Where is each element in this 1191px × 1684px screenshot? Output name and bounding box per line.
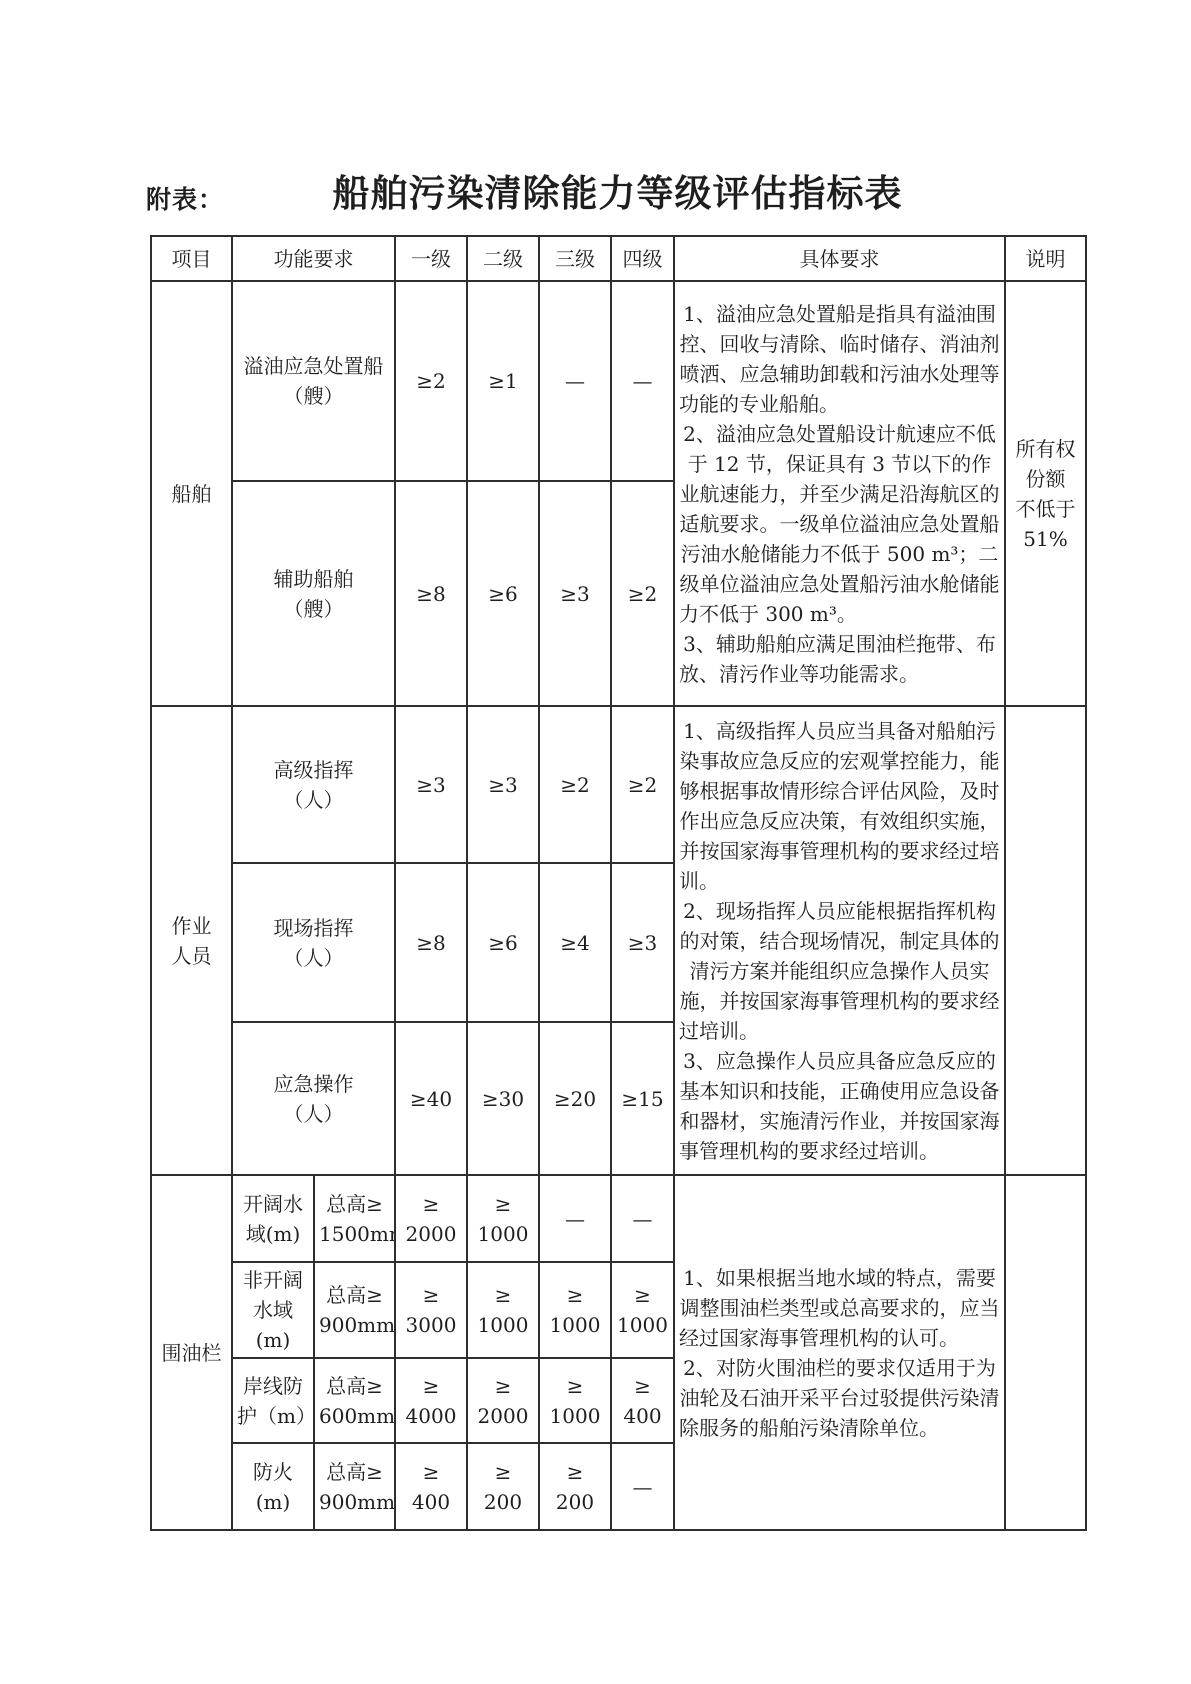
header-level3: 三级 xyxy=(539,236,611,281)
level-value-cell: ≥ 1000 xyxy=(539,1262,611,1358)
level-value-cell: ≥ 1000 xyxy=(467,1262,539,1358)
level-value-cell: — xyxy=(611,1443,674,1530)
level-value-cell: ≥2 xyxy=(395,281,467,481)
level-value-cell: ≥3 xyxy=(467,706,539,863)
level-value-cell: ≥40 xyxy=(395,1022,467,1175)
header-note: 说明 xyxy=(1005,236,1086,281)
table-row: 围油栏 开阔水 域(m) 总高≥ 1500mm ≥ 2000 ≥ 1000 — … xyxy=(151,1175,1086,1262)
level-value-cell: ≥3 xyxy=(611,863,674,1022)
header-level1: 一级 xyxy=(395,236,467,281)
level-value-cell: — xyxy=(539,281,611,481)
details-cell-boom: 1、如果根据当地水域的特点，需要调整围油栏类型或总高要求的，应当经过国家海事管理… xyxy=(674,1175,1005,1530)
requirement-cell: 高级指挥 （人） xyxy=(232,706,395,863)
header-requirement: 功能要求 xyxy=(232,236,395,281)
level-value-cell: ≥ 400 xyxy=(611,1358,674,1443)
requirement-cell: 现场指挥 （人） xyxy=(232,863,395,1022)
item-cell-boom: 围油栏 xyxy=(151,1175,232,1530)
details-cell-personnel: 1、高级指挥人员应当具备对船舶污染事故应急反应的宏观掌控能力，能够根据事故情形综… xyxy=(674,706,1005,1175)
level-value-cell: ≥3 xyxy=(395,706,467,863)
level-value-cell: ≥2 xyxy=(611,706,674,863)
spec-cell: 总高≥ 600mm xyxy=(314,1358,395,1443)
level-value-cell: ≥30 xyxy=(467,1022,539,1175)
spec-cell: 总高≥ 1500mm xyxy=(314,1175,395,1262)
level-value-cell: ≥ 200 xyxy=(539,1443,611,1530)
note-cell-personnel xyxy=(1005,706,1086,1175)
requirement-cell: 非开阔 水域(m) xyxy=(232,1262,314,1358)
details-cell-ships: 1、溢油应急处置船是指具有溢油围控、回收与清除、临时储存、消油剂喷洒、应急辅助卸… xyxy=(674,281,1005,706)
requirement-cell: 溢油应急处置船 （艘） xyxy=(232,281,395,481)
level-value-cell: ≥8 xyxy=(395,481,467,706)
level-value-cell: ≥ 400 xyxy=(395,1443,467,1530)
level-value-cell: ≥1 xyxy=(467,281,539,481)
assessment-table: 项目 功能要求 一级 二级 三级 四级 具体要求 说明 船舶 溢油应急处置船 （… xyxy=(150,235,1087,1531)
level-value-cell: ≥6 xyxy=(467,863,539,1022)
requirement-cell: 辅助船舶 （艘） xyxy=(232,481,395,706)
header-level2: 二级 xyxy=(467,236,539,281)
page-title: 船舶污染清除能力等级评估指标表 xyxy=(150,163,1085,217)
requirement-cell: 应急操作 （人） xyxy=(232,1022,395,1175)
level-value-cell: ≥ 4000 xyxy=(395,1358,467,1443)
level-value-cell: ≥4 xyxy=(539,863,611,1022)
item-cell-ships: 船舶 xyxy=(151,281,232,706)
note-cell-boom xyxy=(1005,1175,1086,1530)
level-value-cell: ≥ 1000 xyxy=(467,1175,539,1262)
level-value-cell: — xyxy=(539,1175,611,1262)
note-cell-ships: 所有权 份额 不低于 51% xyxy=(1005,281,1086,706)
level-value-cell: ≥3 xyxy=(539,481,611,706)
level-value-cell: ≥8 xyxy=(395,863,467,1022)
level-value-cell: ≥ 2000 xyxy=(395,1175,467,1262)
table-header-row: 项目 功能要求 一级 二级 三级 四级 具体要求 说明 xyxy=(151,236,1086,281)
level-value-cell: ≥ 1000 xyxy=(539,1358,611,1443)
level-value-cell: ≥ 2000 xyxy=(467,1358,539,1443)
spec-cell: 总高≥ 900mm xyxy=(314,1443,395,1530)
level-value-cell: ≥2 xyxy=(539,706,611,863)
table-row: 船舶 溢油应急处置船 （艘） ≥2 ≥1 — — 1、溢油应急处置船是指具有溢油… xyxy=(151,281,1086,481)
header-details: 具体要求 xyxy=(674,236,1005,281)
level-value-cell: ≥20 xyxy=(539,1022,611,1175)
level-value-cell: — xyxy=(611,1175,674,1262)
level-value-cell: ≥2 xyxy=(611,481,674,706)
requirement-cell: 开阔水 域(m) xyxy=(232,1175,314,1262)
header-level4: 四级 xyxy=(611,236,674,281)
level-value-cell: ≥ 1000 xyxy=(611,1262,674,1358)
level-value-cell: ≥15 xyxy=(611,1022,674,1175)
requirement-cell: 防火(m) xyxy=(232,1443,314,1530)
level-value-cell: — xyxy=(611,281,674,481)
item-cell-personnel: 作业 人员 xyxy=(151,706,232,1175)
header-item: 项目 xyxy=(151,236,232,281)
level-value-cell: ≥6 xyxy=(467,481,539,706)
spec-cell: 总高≥ 900mm xyxy=(314,1262,395,1358)
requirement-cell: 岸线防 护（m） xyxy=(232,1358,314,1443)
level-value-cell: ≥ 200 xyxy=(467,1443,539,1530)
table-row: 作业 人员 高级指挥 （人） ≥3 ≥3 ≥2 ≥2 1、高级指挥人员应当具备对… xyxy=(151,706,1086,863)
level-value-cell: ≥ 3000 xyxy=(395,1262,467,1358)
